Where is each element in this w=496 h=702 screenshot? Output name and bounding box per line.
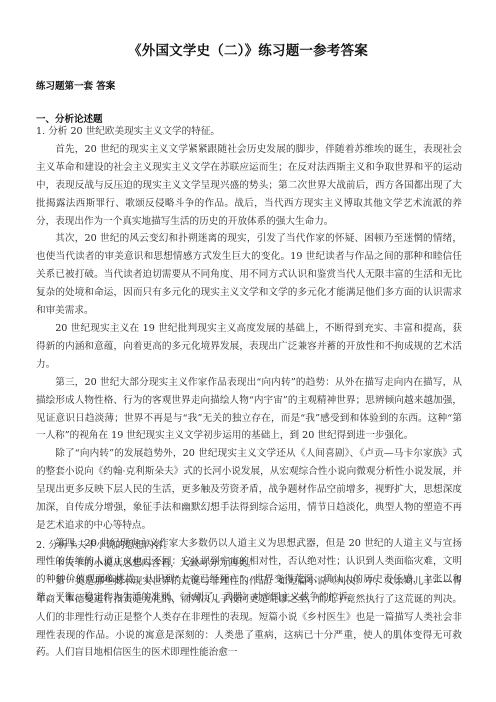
answer-paragraph: 第一类是那些揭示现实世界的荒诞与非理性的作品。如短篇小说《判决》中，父亲对儿子—… bbox=[36, 573, 462, 663]
answer-paragraph: 第三，20 世纪大部分现实主义作家作品表现出“向内转”的趋势：从外在描写走向内在… bbox=[36, 374, 462, 446]
question-2: 2. 分析卡夫卡小说的思想内容。 卡夫卡的小说从思想内容看，大致可分为四类。 第… bbox=[36, 537, 462, 662]
answer-paragraph: 其次，20 世纪的风云变幻和扑朔迷离的现实，引发了当代作家的怀疑、困顿乃至迷惘的… bbox=[36, 230, 462, 320]
answer-paragraph: 卡夫卡的小说从思想内容看，大致可分为四类。 bbox=[36, 555, 462, 573]
answer-paragraph: 20 世纪现实主义在 19 世纪批判现实主义高度发展的基础上，不断得到充实、丰富… bbox=[36, 320, 462, 374]
answer-paragraph: 除了“向内转”的发展趋势外，20 世纪现实主义文学还从《人间喜剧》、《卢贡—马卡… bbox=[36, 445, 462, 535]
document-page: 《外国文学史（二）》练习题一参考答案 练习题第一套 答案 一、分析论述题 1. … bbox=[0, 0, 496, 702]
question-prompt: 1. 分析 20 世纪欧美现实主义文学的特征。 bbox=[36, 123, 462, 141]
question-1: 1. 分析 20 世纪欧美现实主义文学的特征。 首先，20 世纪的现实主义文学紧… bbox=[36, 123, 462, 606]
exercise-set-heading: 练习题第一套 答案 bbox=[36, 78, 115, 92]
question-prompt: 2. 分析卡夫卡小说的思想内容。 bbox=[36, 537, 462, 555]
document-title: 《外国文学史（二）》练习题一参考答案 bbox=[0, 39, 496, 59]
answer-paragraph: 首先，20 世纪的现实主义文学紧紧跟随社会历史发展的脚步，伴随着苏维埃的诞生，表… bbox=[36, 141, 462, 231]
